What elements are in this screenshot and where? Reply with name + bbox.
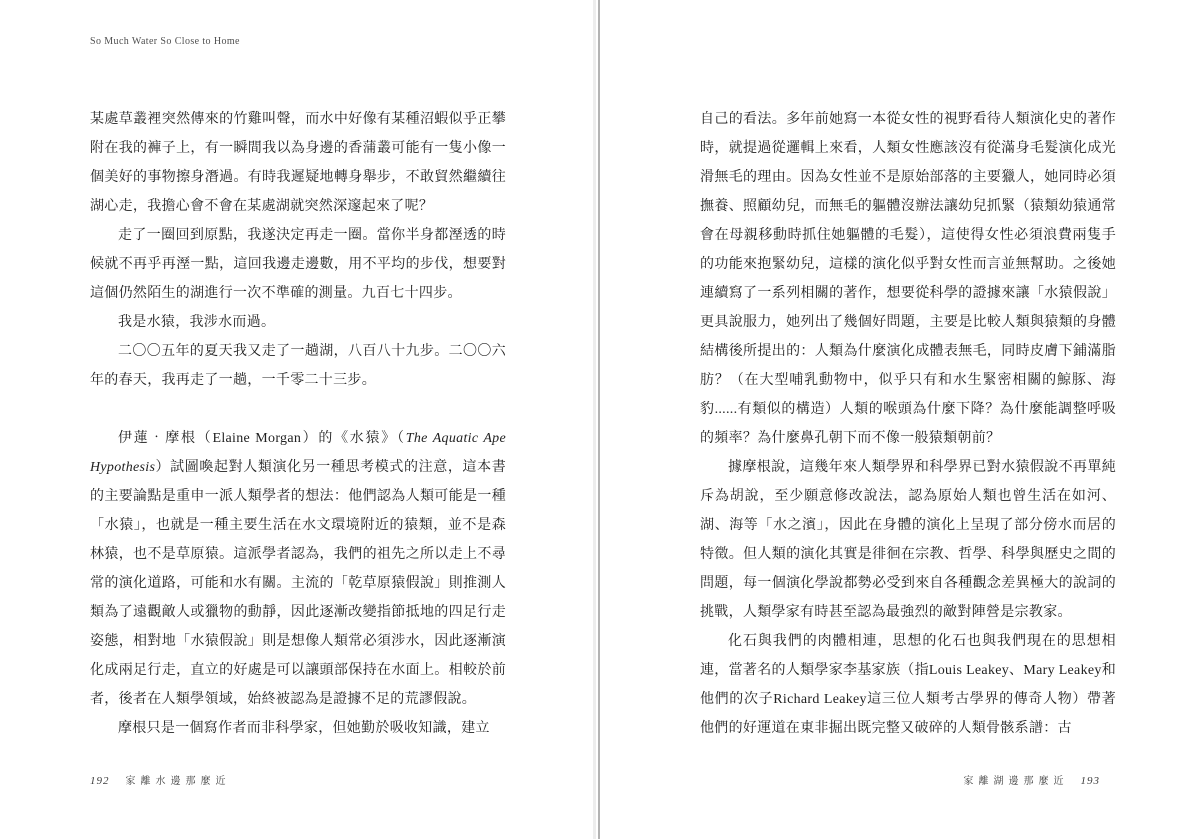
paragraph: 某處草叢裡突然傳來的竹雞叫聲，而水中好像有某種沼蝦似乎正攀附在我的褲子上，有一瞬… [90,105,506,221]
paragraph: 自己的看法。多年前她寫一本從女性的視野看待人類演化史的著作時，就提過從邏輯上來看… [700,105,1116,453]
text-run: 二〇〇五年的夏天我又走了一趟湖，八百八十九步。二〇〇六年的春天，我再走了一趟，一… [90,344,506,388]
right-page: 自己的看法。多年前她寫一本從女性的視野看待人類演化史的著作時，就提過從邏輯上來看… [600,0,1200,839]
text-run: 自己的看法。多年前她寫一本從女性的視野看待人類演化史的著作時，就提過從邏輯上來看… [700,112,1116,446]
paragraph: 二〇〇五年的夏天我又走了一趟湖，八百八十九步。二〇〇六年的春天，我再走了一趟，一… [90,337,506,395]
book-spread: So Much Water So Close to Home 某處草叢裡突然傳來… [0,0,1200,839]
text-run: 伊蓮‧摩根（Elaine Morgan）的《水猿》（ [118,431,406,446]
left-page-text-block: 某處草叢裡突然傳來的竹雞叫聲，而水中好像有某種沼蝦似乎正攀附在我的褲子上，有一瞬… [90,105,506,743]
paragraph: 走了一圈回到原點，我遂決定再走一圈。當你半身都溼透的時候就不再乎再溼一點，這回我… [90,221,506,308]
left-footer-title: 家離水邊那麼近 [126,776,231,787]
right-page-footer: 家離湖邊那麼近193 [964,772,1101,787]
right-page-text-block: 自己的看法。多年前她寫一本從女性的視野看待人類演化史的著作時，就提過從邏輯上來看… [700,105,1116,743]
running-header: So Much Water So Close to Home [90,36,240,47]
paragraph: 化石與我們的肉體相連，思想的化石也與我們現在的思想相連，當著名的人類學家李基家族… [700,627,1116,743]
text-run: 化石與我們的肉體相連，思想的化石也與我們現在的思想相連，當著名的人類學家李基家族… [700,634,1116,736]
left-page-number: 192 [90,775,110,787]
text-run: 摩根只是一個寫作者而非科學家，但她勤於吸收知識，建立 [118,721,490,736]
text-run: 據摩根說，這幾年來人類學界和科學界已對水猿假說不再單純斥為胡說，至少願意修改說法… [700,460,1116,620]
left-page-footer: 192家離水邊那麼近 [90,772,231,787]
paragraph: 伊蓮‧摩根（Elaine Morgan）的《水猿》（The Aquatic Ap… [90,424,506,714]
page-gutter-shadow [593,0,596,839]
text-run: 我是水猿，我涉水而過。 [118,315,275,330]
text-run: ）試圖喚起對人類演化另一種思考模式的注意，這本書的主要論點是重申一派人類學者的想… [90,460,506,707]
paragraph: 據摩根說，這幾年來人類學界和科學界已對水猿假說不再單純斥為胡說，至少願意修改說法… [700,453,1116,627]
text-run: 某處草叢裡突然傳來的竹雞叫聲，而水中好像有某種沼蝦似乎正攀附在我的褲子上，有一瞬… [90,112,506,214]
left-page: So Much Water So Close to Home 某處草叢裡突然傳來… [0,0,600,839]
right-page-number: 193 [1081,775,1101,787]
text-run: 走了一圈回到原點，我遂決定再走一圈。當你半身都溼透的時候就不再乎再溼一點，這回我… [90,228,506,301]
right-footer-title: 家離湖邊那麼近 [964,776,1069,787]
paragraph: 摩根只是一個寫作者而非科學家，但她勤於吸收知識，建立 [90,714,506,743]
paragraph: 我是水猿，我涉水而過。 [90,308,506,337]
